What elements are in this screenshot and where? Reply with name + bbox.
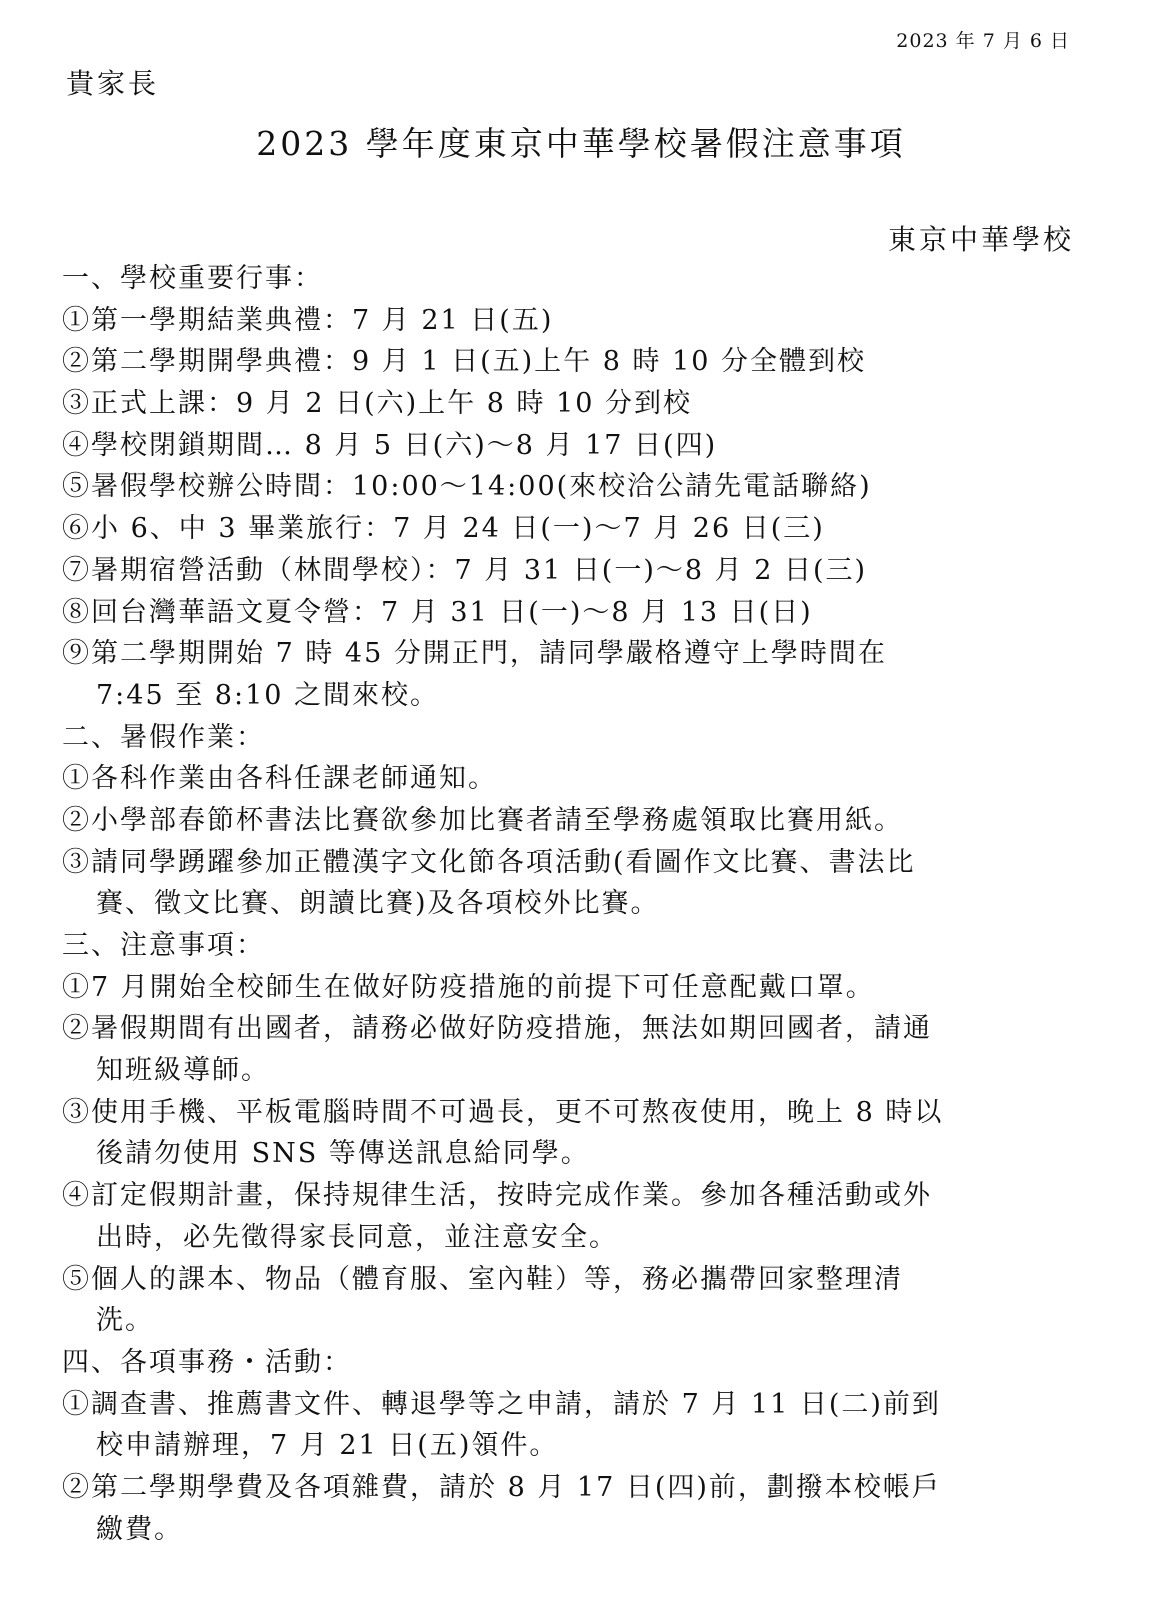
- list-item: ①7 月開始全校師生在做好防疫措施的前提下可任意配戴口罩。: [62, 967, 1072, 1009]
- section-heading-notices: 三、注意事項：: [62, 925, 1072, 967]
- list-item-continuation: 賽、徵文比賽、朗讀比賽)及各項校外比賽。: [62, 883, 1072, 925]
- list-item-continuation: 知班級導師。: [62, 1050, 1072, 1092]
- document-title: 2023 學年度東京中華學校暑假注意事項: [0, 118, 1162, 165]
- list-item: ②第二學期開學典禮：9 月 1 日(五)上午 8 時 10 分全體到校: [62, 341, 1072, 383]
- list-item: ⑧回台灣華語文夏令營：7 月 31 日(一)～8 月 13 日(日): [62, 592, 1072, 634]
- list-item: ⑥小 6、中 3 畢業旅行：7 月 24 日(一)～7 月 26 日(三): [62, 508, 1072, 550]
- list-item: ⑤個人的課本、物品（體育服、室內鞋）等，務必攜帶回家整理清: [62, 1259, 1072, 1301]
- list-item: ⑨第二學期開始 7 時 45 分開正門，請同學嚴格遵守上學時間在: [62, 633, 1072, 675]
- issuer-name: 東京中華學校: [888, 218, 1074, 258]
- list-item: ①各科作業由各科任課老師通知。: [62, 758, 1072, 800]
- list-item: ⑤暑假學校辦公時間：10:00～14:00(來校洽公請先電話聯絡): [62, 466, 1072, 508]
- list-item-continuation: 繳費。: [62, 1509, 1072, 1551]
- list-item: ④學校閉鎖期間… 8 月 5 日(六)～8 月 17 日(四): [62, 425, 1072, 467]
- list-item: ②暑假期間有出國者，請務必做好防疫措施，無法如期回國者，請通: [62, 1008, 1072, 1050]
- document-body: 一、學校重要行事： ①第一學期結業典禮：7 月 21 日(五) ②第二學期開學典…: [62, 258, 1072, 1550]
- list-item: ①調查書、推薦書文件、轉退學等之申請，請於 7 月 11 日(二)前到: [62, 1384, 1072, 1426]
- list-item: ⑦暑期宿營活動（林間學校）：7 月 31 日(一)～8 月 2 日(三): [62, 550, 1072, 592]
- notice-date: 2023 年 7 月 6 日: [896, 26, 1070, 53]
- list-item: ②小學部春節杯書法比賽欲參加比賽者請至學務處領取比賽用紙。: [62, 800, 1072, 842]
- list-item: ③使用手機、平板電腦時間不可過長，更不可熬夜使用，晚上 8 時以: [62, 1092, 1072, 1134]
- list-item: ③正式上課：9 月 2 日(六)上午 8 時 10 分到校: [62, 383, 1072, 425]
- list-item: ①第一學期結業典禮：7 月 21 日(五): [62, 300, 1072, 342]
- list-item-continuation: 出時，必先徵得家長同意，並注意安全。: [62, 1217, 1072, 1259]
- list-item-continuation: 校申請辦理，7 月 21 日(五)領件。: [62, 1425, 1072, 1467]
- list-item-continuation: 7:45 至 8:10 之間來校。: [62, 675, 1072, 717]
- list-item: ④訂定假期計畫，保持規律生活，按時完成作業。參加各種活動或外: [62, 1175, 1072, 1217]
- section-heading-affairs-activities: 四、各項事務・活動：: [62, 1342, 1072, 1384]
- list-item: ②第二學期學費及各項雜費，請於 8 月 17 日(四)前，劃撥本校帳戶: [62, 1467, 1072, 1509]
- list-item-continuation: 後請勿使用 SNS 等傳送訊息給同學。: [62, 1133, 1072, 1175]
- section-heading-homework: 二、暑假作業：: [62, 717, 1072, 759]
- list-item-continuation: 洗。: [62, 1300, 1072, 1342]
- list-item: ③請同學踴躍參加正體漢字文化節各項活動(看圖作文比賽、書法比: [62, 842, 1072, 884]
- section-heading-school-events: 一、學校重要行事：: [62, 258, 1072, 300]
- salutation: 貴家長: [66, 62, 159, 102]
